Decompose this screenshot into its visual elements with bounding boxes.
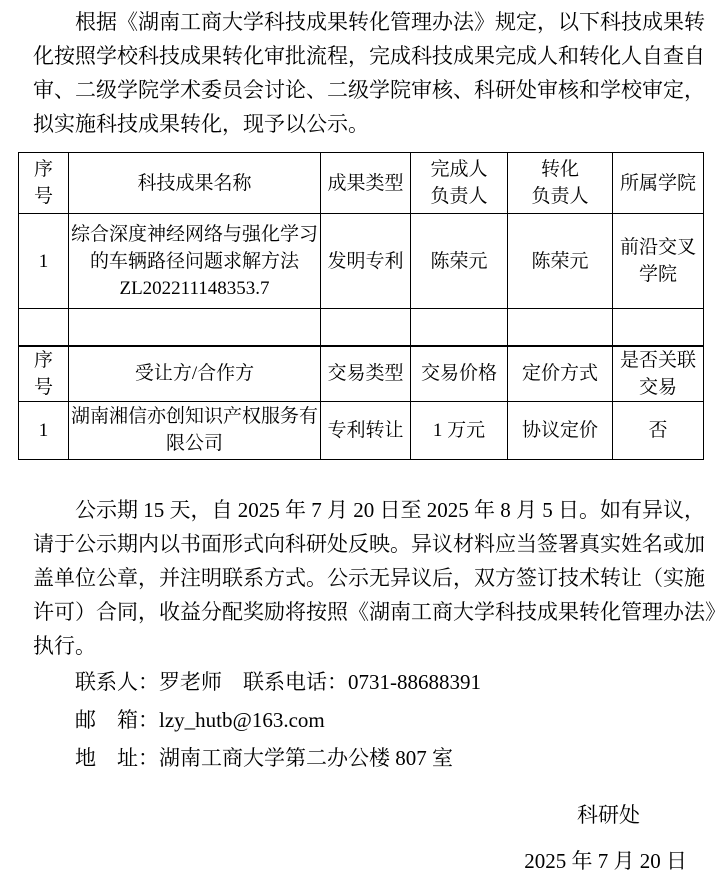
- intro-paragraph: 根据《湖南工商大学科技成果转化管理办法》规定，以下科技成果转 化按照学校科技成果…: [33, 5, 705, 141]
- results-data-row: 1 综合深度神经网络与强化学习 的车辆路径问题求解方法 ZL2022111483…: [19, 214, 704, 309]
- header-cell-no: 序 号: [19, 346, 69, 402]
- cell-no: 1: [19, 214, 69, 309]
- cell-transformer: 陈荣元: [508, 214, 613, 309]
- notice-line: 公示期 15 天，自 2025 年 7 月 20 日至 2025 年 8 月 5…: [33, 493, 705, 527]
- cell-related-deal: 否: [613, 401, 704, 459]
- contact-address: 地 址：湖南工商大学第二办公楼 807 室: [0, 739, 719, 777]
- header-cell-no: 序 号: [19, 153, 69, 214]
- public-notice-document: 根据《湖南工商大学科技成果转化管理办法》规定，以下科技成果转 化按照学校科技成果…: [0, 0, 719, 871]
- empty-cell: [69, 309, 321, 346]
- deal-data-row: 1 湖南湘信亦创知识产权服务有 限公司 专利转让 1 万元 协议定价 否: [19, 401, 704, 459]
- notice-paragraph: 公示期 15 天，自 2025 年 7 月 20 日至 2025 年 8 月 5…: [33, 493, 705, 663]
- contact-info: 联系人：罗老师 联系电话：0731-88688391 邮 箱：lzy_hutb@…: [0, 663, 719, 777]
- notice-line: 盖单位公章，并注明联系方式。公示无异议后，双方签订技术转让（实施: [33, 561, 705, 595]
- header-cell-related-deal: 是否关联 交易: [613, 346, 704, 402]
- tech-transfer-table: 序 号 科技成果名称 成果类型 完成人 负责人 转化 负责人 所属学院 1 综合…: [18, 152, 704, 460]
- signature-date: 2025 年 7 月 20 日: [0, 849, 719, 871]
- header-cell-deal-price: 交易价格: [411, 346, 508, 402]
- cell-completer: 陈荣元: [411, 214, 508, 309]
- notice-line: 请于公示期内以书面形式向科研处反映。异议材料应当签署真实姓名或加: [33, 527, 705, 561]
- intro-line: 根据《湖南工商大学科技成果转化管理办法》规定，以下科技成果转: [33, 5, 705, 39]
- signature-block: 科研处 2025 年 7 月 20 日: [0, 803, 719, 871]
- notice-line: 执行。: [33, 629, 705, 663]
- header-cell-transformer: 转化 负责人: [508, 153, 613, 214]
- header-cell-deal-type: 交易类型: [321, 346, 411, 402]
- header-cell-achievement-type: 成果类型: [321, 153, 411, 214]
- cell-college: 前沿交叉 学院: [613, 214, 704, 309]
- empty-cell: [411, 309, 508, 346]
- cell-achievement-name: 综合深度神经网络与强化学习 的车辆路径问题求解方法 ZL202211148353…: [69, 214, 321, 309]
- intro-line: 化按照学校科技成果转化审批流程，完成科技成果完成人和转化人自查自: [33, 39, 705, 73]
- empty-cell: [321, 309, 411, 346]
- cell-no: 1: [19, 401, 69, 459]
- contact-email: 邮 箱：lzy_hutb@163.com: [0, 701, 719, 739]
- empty-cell: [613, 309, 704, 346]
- header-cell-achievement-name: 科技成果名称: [69, 153, 321, 214]
- header-cell-college: 所属学院: [613, 153, 704, 214]
- cell-transferee: 湖南湘信亦创知识产权服务有 限公司: [69, 401, 321, 459]
- cell-achievement-type: 发明专利: [321, 214, 411, 309]
- deal-header-row: 序 号 受让方/合作方 交易类型 交易价格 定价方式 是否关联 交易: [19, 346, 704, 402]
- cell-deal-price: 1 万元: [411, 401, 508, 459]
- header-cell-transferee: 受让方/合作方: [69, 346, 321, 402]
- signature-department: 科研处: [0, 803, 719, 827]
- notice-line: 许可）合同，收益分配奖励将按照《湖南工商大学科技成果转化管理办法》: [33, 595, 705, 629]
- empty-cell: [508, 309, 613, 346]
- intro-line: 审、二级学院学术委员会讨论、二级学院审核、科研处审核和学校审定，: [33, 73, 705, 107]
- empty-spacer-row: [19, 309, 704, 346]
- results-header-row: 序 号 科技成果名称 成果类型 完成人 负责人 转化 负责人 所属学院: [19, 153, 704, 214]
- intro-line: 拟实施科技成果转化，现予以公示。: [33, 107, 705, 141]
- header-cell-completer: 完成人 负责人: [411, 153, 508, 214]
- cell-pricing-method: 协议定价: [508, 401, 613, 459]
- cell-deal-type: 专利转让: [321, 401, 411, 459]
- contact-person-phone: 联系人：罗老师 联系电话：0731-88688391: [0, 663, 719, 701]
- empty-cell: [19, 309, 69, 346]
- header-cell-pricing-method: 定价方式: [508, 346, 613, 402]
